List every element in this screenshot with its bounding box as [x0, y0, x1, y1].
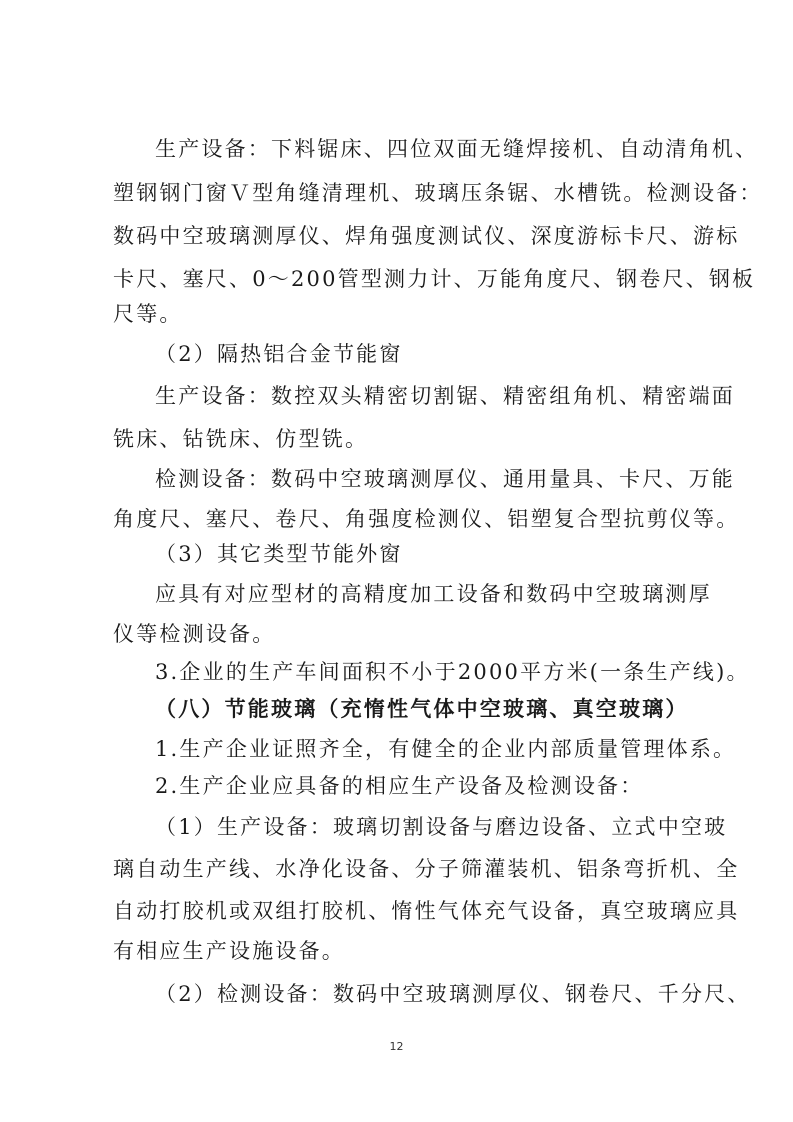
- paragraph-line: 角度尺、塞尺、卷尺、角强度检测仪、铝塑复合型抗剪仪等。: [113, 505, 693, 533]
- section-heading: （八）节能玻璃（充惰性气体中空玻璃、真空玻璃）: [155, 695, 695, 723]
- paragraph-line: 铣床、钻铣床、仿型铣。: [113, 425, 693, 453]
- paragraph-line: 自动打胶机或双组打胶机、惰性气体充气设备，真空玻璃应具: [113, 897, 693, 925]
- page-number: 12: [0, 1040, 793, 1053]
- paragraph-line: 3.企业的生产车间面积不小于2000平方米(一条生产线)。: [155, 658, 695, 686]
- paragraph-line: 卡尺、塞尺、0～200管型测力计、万能角度尺、钢卷尺、钢板: [113, 265, 693, 293]
- subsection-heading: （3）其它类型节能外窗: [155, 540, 695, 568]
- paragraph-line: 有相应生产设施设备。: [113, 937, 693, 965]
- paragraph-line: 应具有对应型材的高精度加工设备和数码中空玻璃测厚: [155, 580, 695, 608]
- paragraph-line: 生产设备：下料锯床、四位双面无缝焊接机、自动清角机、: [155, 135, 695, 163]
- subsection-heading: （2）隔热铝合金节能窗: [155, 340, 695, 368]
- document-page: 生产设备：下料锯床、四位双面无缝焊接机、自动清角机、 塑钢钢门窗Ｖ型角缝清理机、…: [0, 0, 793, 1122]
- paragraph-line: 璃自动生产线、水净化设备、分子筛灌装机、铝条弯折机、全: [113, 855, 693, 883]
- paragraph-line: （1）生产设备：玻璃切割设备与磨边设备、立式中空玻: [155, 813, 695, 841]
- paragraph-line: 2.生产企业应具备的相应生产设备及检测设备：: [155, 772, 695, 800]
- paragraph-line: （2）检测设备：数码中空玻璃测厚仪、钢卷尺、千分尺、: [155, 980, 695, 1008]
- paragraph-line: 尺等。: [113, 300, 693, 328]
- paragraph-line: 数码中空玻璃测厚仪、焊角强度测试仪、深度游标卡尺、游标: [113, 222, 693, 250]
- paragraph-line: 生产设备：数控双头精密切割锯、精密组角机、精密端面: [155, 382, 695, 410]
- paragraph-line: 塑钢钢门窗Ｖ型角缝清理机、玻璃压条锯、水槽铣。检测设备：: [113, 179, 693, 207]
- paragraph-line: 仪等检测设备。: [113, 620, 693, 648]
- paragraph-line: 检测设备：数码中空玻璃测厚仪、通用量具、卡尺、万能: [155, 465, 695, 493]
- paragraph-line: 1.生产企业证照齐全，有健全的企业内部质量管理体系。: [155, 735, 695, 763]
